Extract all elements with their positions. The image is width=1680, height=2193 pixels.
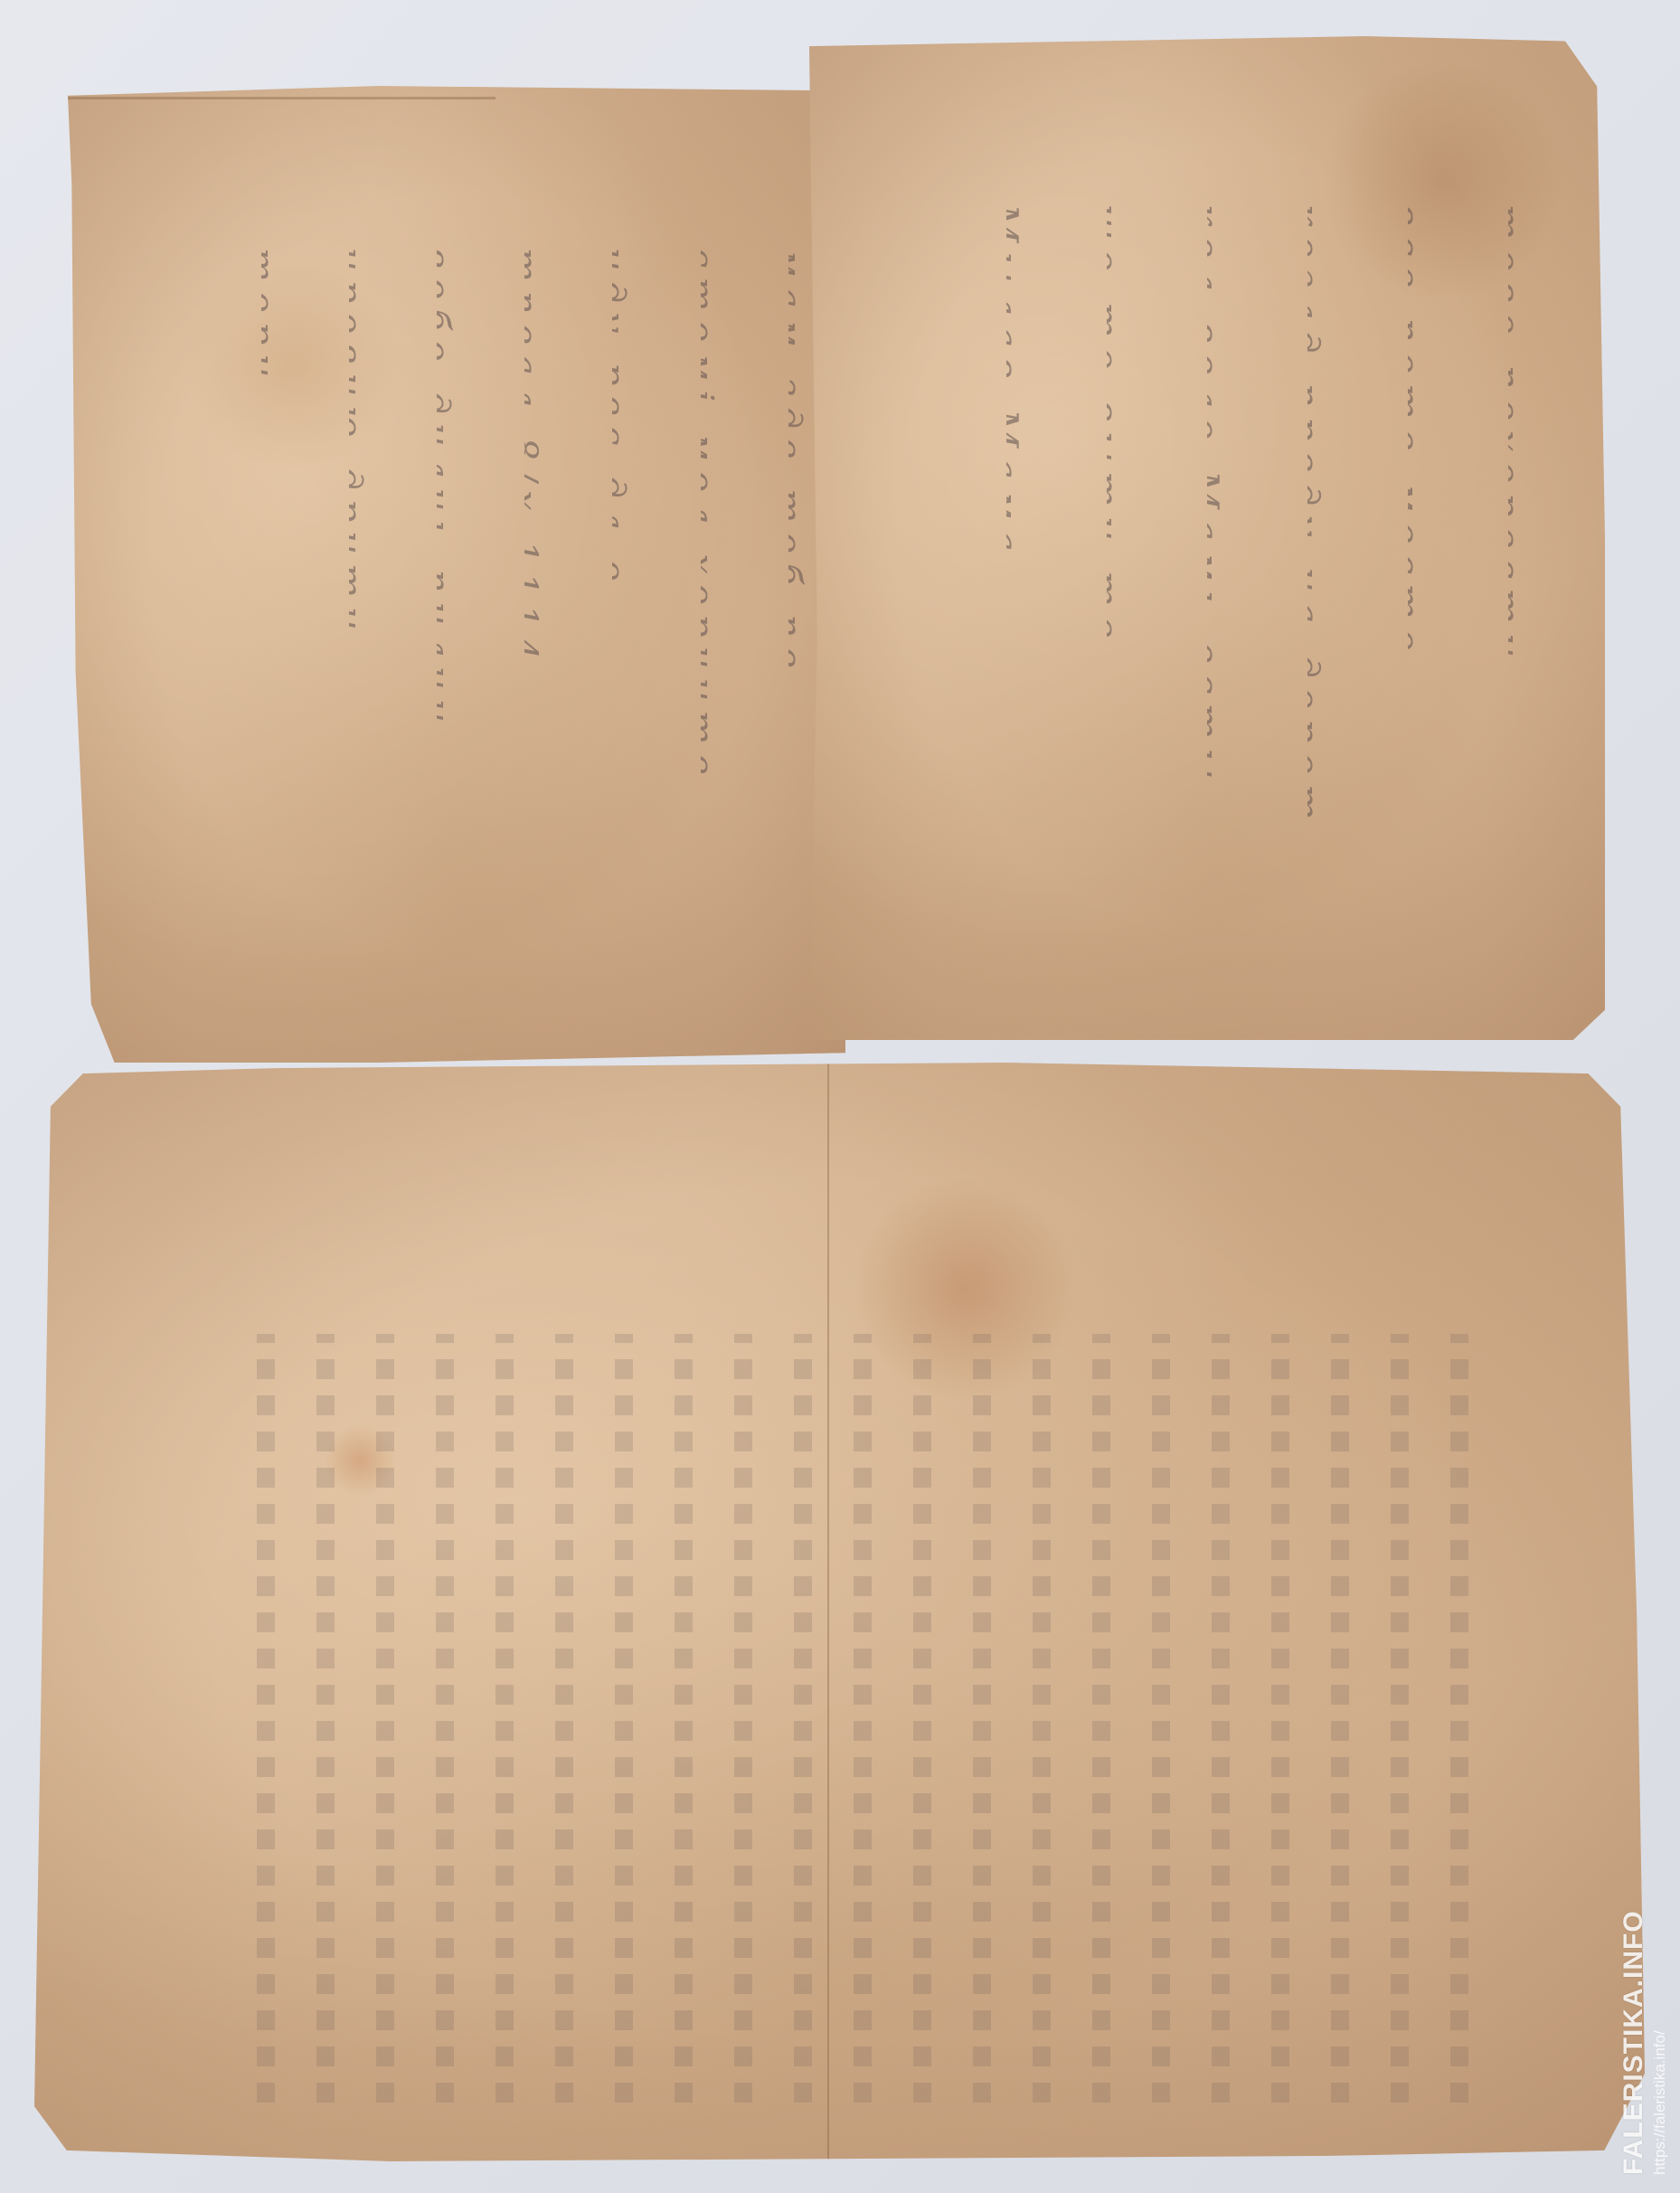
handwriting-line: тори [261,248,281,870]
handwriting-line: тпеал 8/x-1114 [524,248,544,870]
handwriting-line: Мылав Мама [1006,203,1026,840]
handwriting-line: все поте место [1408,203,1428,840]
handwriting-line: стомі мол хорчите [701,248,721,870]
fold-crease [68,97,496,99]
handwriting-line: мам зде тоб пе [788,248,808,870]
stain [1316,63,1569,298]
handwriting-line: Папа [1609,203,1628,840]
handwriting-line: коглд преду на дорот [1307,203,1327,840]
paper-sheet-bottom [34,1063,1653,2161]
faded-handwriting [215,1334,1481,2103]
watermark-title: FALERISTIKA.INFO [1619,1910,1649,2175]
paper-sheet-top-left: ми мпе позове мам зде тоб пе стомі мол х… [68,86,845,1063]
handwriting-line: тово похорести [1508,203,1528,840]
handwriting-line: кел вело Мамь есты [1207,203,1227,840]
handwriting-line: иду рес дл о [612,248,632,870]
watermark: FALERISTIKA.INFO https://faleristika.inf… [1619,1910,1669,2175]
handwriting-block: Папа тово похорести все поте место коглд… [705,140,1680,936]
handwriting-block: ми мпе позове мам зде тоб пе стомі мол х… [0,185,945,963]
handwriting-line: ировию дрити [349,248,369,870]
watermark-url: https://faleristika.info/ [1651,1910,1669,2175]
paper-sheet-top-right: Папа тово похорести все поте место коглд… [809,36,1605,1040]
stain [176,267,411,466]
handwriting-line: вобо дилнь пилин [437,248,457,870]
handwriting-line: шо то выти те [1107,203,1127,840]
